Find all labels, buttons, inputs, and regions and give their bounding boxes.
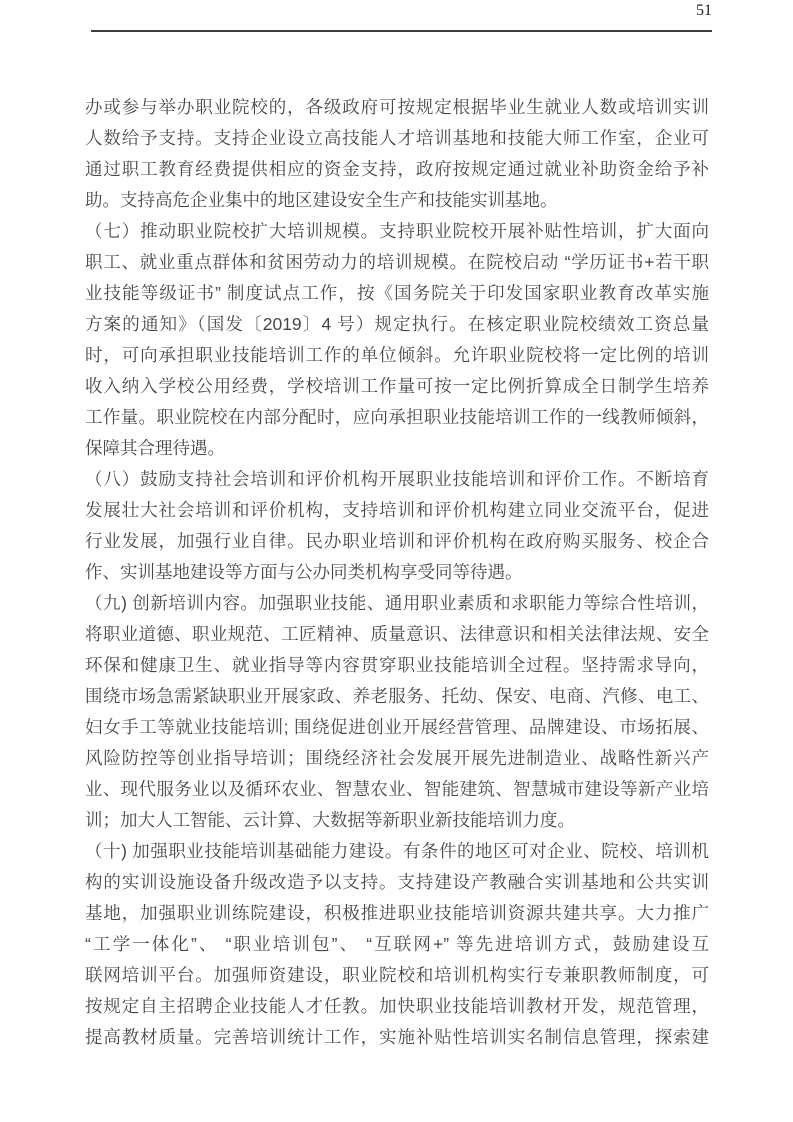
document-body: 办或参与举办职业院校的，各级政府可按规定根据毕业生就业人数或培训实训 人数给予支… <box>85 92 709 1053</box>
text-line: 行业发展，加强行业自律。民办职业培训和评价机构在政府购买服务、校企合 <box>85 526 709 557</box>
paragraph: 办或参与举办职业院校的，各级政府可按规定根据毕业生就业人数或培训实训 人数给予支… <box>85 92 709 216</box>
text-line: 助。支持高危企业集中的地区建设安全生产和技能实训基地。 <box>85 185 709 216</box>
text-line: 将职业道德、职业规范、工匠精神、质量意识、法律意识和相关法律法规、安全 <box>85 619 709 650</box>
text-line: 训；加大人工智能、云计算、大数据等新职业新技能培训力度。 <box>85 805 709 836</box>
paragraph: （十) 加强职业技能培训基础能力建设。有条件的地区可对企业、院校、培训机 构的实… <box>85 836 709 1053</box>
paragraph: （七）推动职业院校扩大培训规模。支持职业院校开展补贴性培训，扩大面向 职工、就业… <box>85 216 709 464</box>
text-line: 业、现代服务业以及循环农业、智慧农业、智能建筑、智慧城市建设等新产业培 <box>85 774 709 805</box>
text-line: 联网培训平台。加强师资建设，职业院校和培训机构实行专兼职教师制度，可 <box>85 960 709 991</box>
text-line: 办或参与举办职业院校的，各级政府可按规定根据毕业生就业人数或培训实训 <box>85 92 709 123</box>
text-line: 环保和健康卫生、就业指导等内容贯穿职业技能培训全过程。坚持需求导向， <box>85 650 709 681</box>
document-page: 51 办或参与举办职业院校的，各级政府可按规定根据毕业生就业人数或培训实训 人数… <box>0 0 793 1122</box>
text-line: 人数给予支持。支持企业设立高技能人才培训基地和技能大师工作室，企业可 <box>85 123 709 154</box>
text-line: 业技能等级证书” 制度试点工作，按《国务院关于印发国家职业教育改革实施 <box>85 278 709 309</box>
text-line: 方案的通知》（国发〔2019〕4 号）规定执行。在核定职业院校绩效工资总量 <box>85 309 709 340</box>
paragraph: （九) 创新培训内容。加强职业技能、通用职业素质和求职能力等综合性培训， 将职业… <box>85 588 709 836</box>
text-line: 发展壮大社会培训和评价机构，支持培训和评价机构建立同业交流平台，促进 <box>85 495 709 526</box>
text-line: 工作量。职业院校在内部分配时，应向承担职业技能培训工作的一线教师倾斜， <box>85 402 709 433</box>
text-line: （九) 创新培训内容。加强职业技能、通用职业素质和求职能力等综合性培训， <box>85 588 709 619</box>
text-line: 保障其合理待遇。 <box>85 433 709 464</box>
text-line: （八）鼓励支持社会培训和评价机构开展职业技能培训和评价工作。不断培育 <box>85 464 709 495</box>
paragraph: （八）鼓励支持社会培训和评价机构开展职业技能培训和评价工作。不断培育 发展壮大社… <box>85 464 709 588</box>
text-line: “工学一体化”、 “职业培训包”、 “互联网+” 等先进培训方式，鼓励建设互 <box>85 929 709 960</box>
text-line: （七）推动职业院校扩大培训规模。支持职业院校开展补贴性培训，扩大面向 <box>85 216 709 247</box>
text-line: 通过职工教育经费提供相应的资金支持，政府按规定通过就业补助资金给予补 <box>85 154 709 185</box>
text-line: 妇女手工等就业技能培训; 围绕促进创业开展经营管理、品牌建设、市场拓展、 <box>85 712 709 743</box>
text-line: 按规定自主招聘企业技能人才任教。加快职业技能培训教材开发，规范管理， <box>85 991 709 1022</box>
text-line: 风险防控等创业指导培训；围绕经济社会发展开展先进制造业、战略性新兴产 <box>85 743 709 774</box>
text-line: 收入纳入学校公用经费，学校培训工作量可按一定比例折算成全日制学生培养 <box>85 371 709 402</box>
text-line: （十) 加强职业技能培训基础能力建设。有条件的地区可对企业、院校、培训机 <box>85 836 709 867</box>
page-number: 51 <box>696 2 712 20</box>
text-line: 围绕市场急需紧缺职业开展家政、养老服务、托幼、保安、电商、汽修、电工、 <box>85 681 709 712</box>
header-rule <box>91 30 712 32</box>
text-line: 时，可向承担职业技能培训工作的单位倾斜。允许职业院校将一定比例的培训 <box>85 340 709 371</box>
text-line: 作、实训基地建设等方面与公办同类机构享受同等待遇。 <box>85 557 709 588</box>
text-line: 职工、就业重点群体和贫困劳动力的培训规模。在院校启动 “学历证书+若干职 <box>85 247 709 278</box>
text-line: 基地，加强职业训练院建设，积极推进职业技能培训资源共建共享。大力推广 <box>85 898 709 929</box>
text-line: 提高教材质量。完善培训统计工作，实施补贴性培训实名制信息管理，探索建 <box>85 1022 709 1053</box>
text-line: 构的实训设施设备升级改造予以支持。支持建设产教融合实训基地和公共实训 <box>85 867 709 898</box>
